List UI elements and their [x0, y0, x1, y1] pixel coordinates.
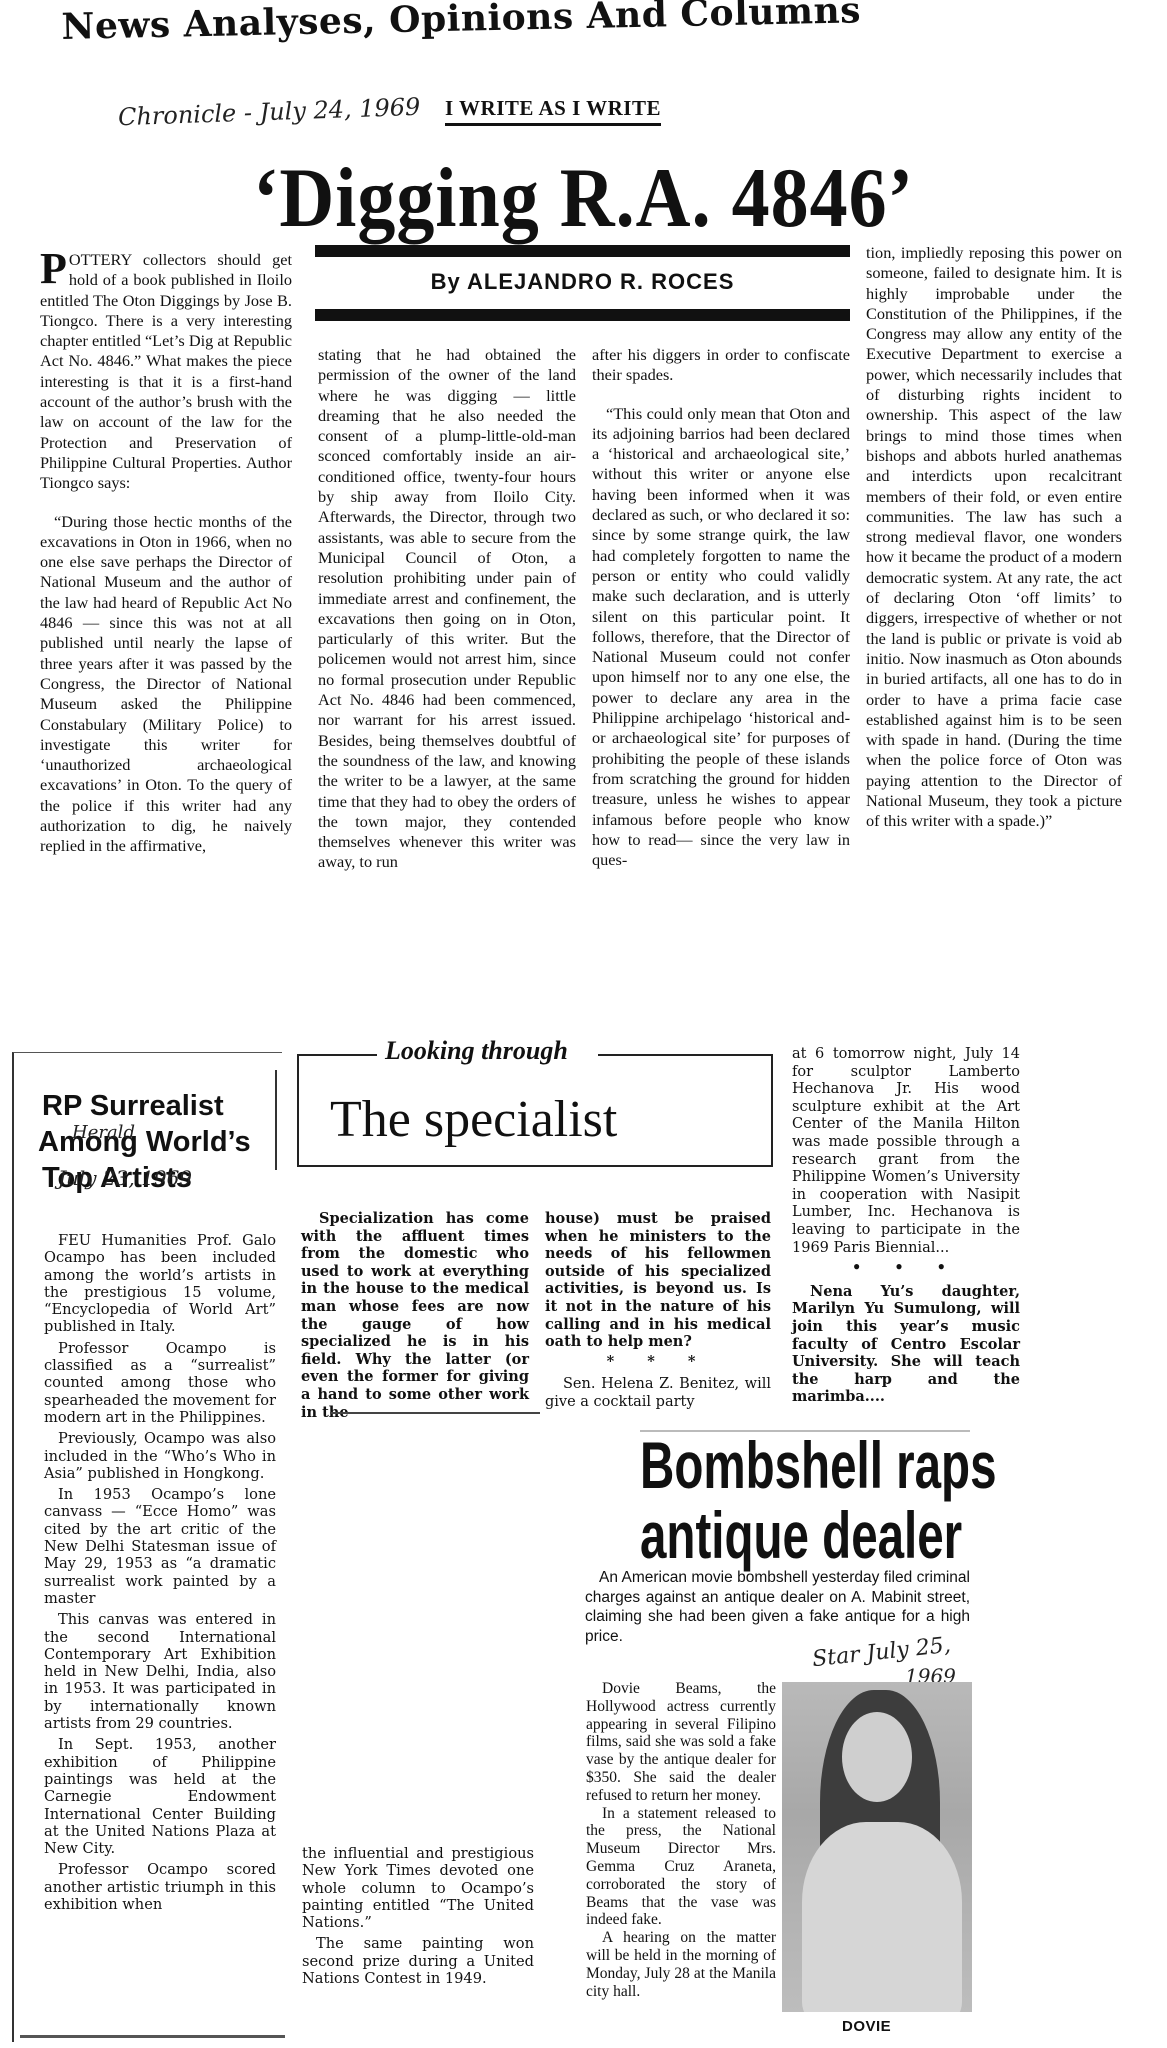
main-article-column-3: after his diggers in order to confiscate… [592, 345, 850, 888]
paragraph: tion, impliedly reposing this power on s… [866, 243, 1122, 832]
handwritten-herald-date: July 23, 1969 [58, 1166, 192, 1190]
specialist-column-3: at 6 tomorrow night, July 14 for sculpto… [792, 1046, 1020, 1406]
paragraph: Nena Yu’s daughter, Marilyn Yu Sumulong,… [792, 1283, 1020, 1406]
paragraph: In Sept. 1953, another exhibition of Phi… [44, 1736, 276, 1857]
specialist-column-1: Specialization has come with the affluen… [301, 1210, 529, 1421]
paragraph: house) must be praised when he ministers… [545, 1210, 771, 1351]
paragraph: Previously, Ocampo was also included in … [44, 1430, 276, 1482]
paragraph: “This could only mean that Oton and its … [592, 404, 850, 871]
paragraph: A hearing on the matter will be held in … [586, 1929, 776, 2000]
main-headline: ‘Digging R.A. 4846’ [0, 150, 1167, 247]
headline-line: antique dealer [640, 1500, 997, 1570]
paragraph: Dovie Beams, the Hollywood actress curre… [586, 1680, 776, 1805]
byline-bottom-rule [315, 309, 850, 321]
main-article-column-2: stating that he had obtained the permiss… [318, 345, 576, 891]
photo-body [802, 1822, 962, 2012]
paragraph: OTTERY collectors should get hold of a b… [40, 250, 292, 492]
surrealist-body: FEU Humanities Prof. Galo Ocampo has bee… [44, 1232, 276, 1917]
headline-line: Among World’s [38, 1124, 251, 1160]
paragraph: This canvas was entered in the second In… [44, 1611, 276, 1732]
paragraph: Professor Ocampo is classified as a “sur… [44, 1340, 276, 1426]
frame-edge [275, 1070, 277, 1170]
paragraph: In 1953 Ocampo’s lone canvass — “Ecce Ho… [44, 1486, 276, 1607]
headline-line: Bombshell raps [640, 1430, 997, 1500]
paragraph: FEU Humanities Prof. Galo Ocampo has bee… [44, 1232, 276, 1336]
paragraph: Specialization has come with the affluen… [301, 1210, 529, 1421]
paragraph: Sen. Helena Z. Benitez, will give a cock… [545, 1376, 771, 1411]
paragraph: Professor Ocampo scored another artistic… [44, 1861, 276, 1913]
handwritten-chronicle-date: Chronicle - July 24, 1969 [118, 93, 421, 132]
handwritten-herald: Herald [72, 1122, 135, 1143]
paragraph: at 6 tomorrow night, July 14 for sculpto… [792, 1046, 1020, 1257]
paragraph: after his diggers in order to confiscate… [592, 345, 850, 386]
section-header: News Analyses, Opinions And Columns [61, 0, 861, 48]
byline-box: By ALEJANDRO R. ROCES [315, 245, 850, 323]
separator: • • • [792, 1259, 1020, 1277]
paragraph: stating that he had obtained the permiss… [318, 345, 576, 873]
specialist-column-2: house) must be praised when he ministers… [545, 1210, 771, 1412]
dovie-beams-photo [782, 1682, 972, 2012]
bombshell-headline: Bombshell raps antique dealer [640, 1430, 997, 1570]
specialist-bottom-rule [330, 1412, 540, 1414]
main-article-column-1: POTTERY collectors should get hold of a … [40, 250, 292, 875]
photo-caption: DOVIE [842, 2018, 891, 2035]
photo-face [842, 1712, 912, 1802]
drop-cap: P [40, 252, 67, 286]
byline-top-rule [315, 245, 850, 257]
paragraph: the influential and prestigious New York… [302, 1845, 534, 1931]
specialist-headline: The specialist [330, 1090, 617, 1150]
bombshell-lead: An American movie bombshell yesterday fi… [585, 1568, 970, 1646]
byline: By ALEJANDRO R. ROCES [315, 269, 850, 295]
paragraph: The same painting won second prize durin… [302, 1935, 534, 1987]
column-kicker: I WRITE AS I WRITE [445, 96, 661, 126]
main-article-column-4: tion, impliedly reposing this power on s… [866, 243, 1122, 850]
bombshell-body: Dovie Beams, the Hollywood actress curre… [586, 1680, 776, 2000]
surrealist-continuation: the influential and prestigious New York… [302, 1845, 534, 1991]
paragraph: In a statement released to the press, th… [586, 1805, 776, 1930]
headline-line: RP Surrealist [42, 1088, 251, 1124]
paragraph: “During those hectic months of the excav… [40, 512, 292, 857]
surrealist-bottom-rule [20, 2035, 285, 2038]
separator: * * * [545, 1353, 771, 1371]
